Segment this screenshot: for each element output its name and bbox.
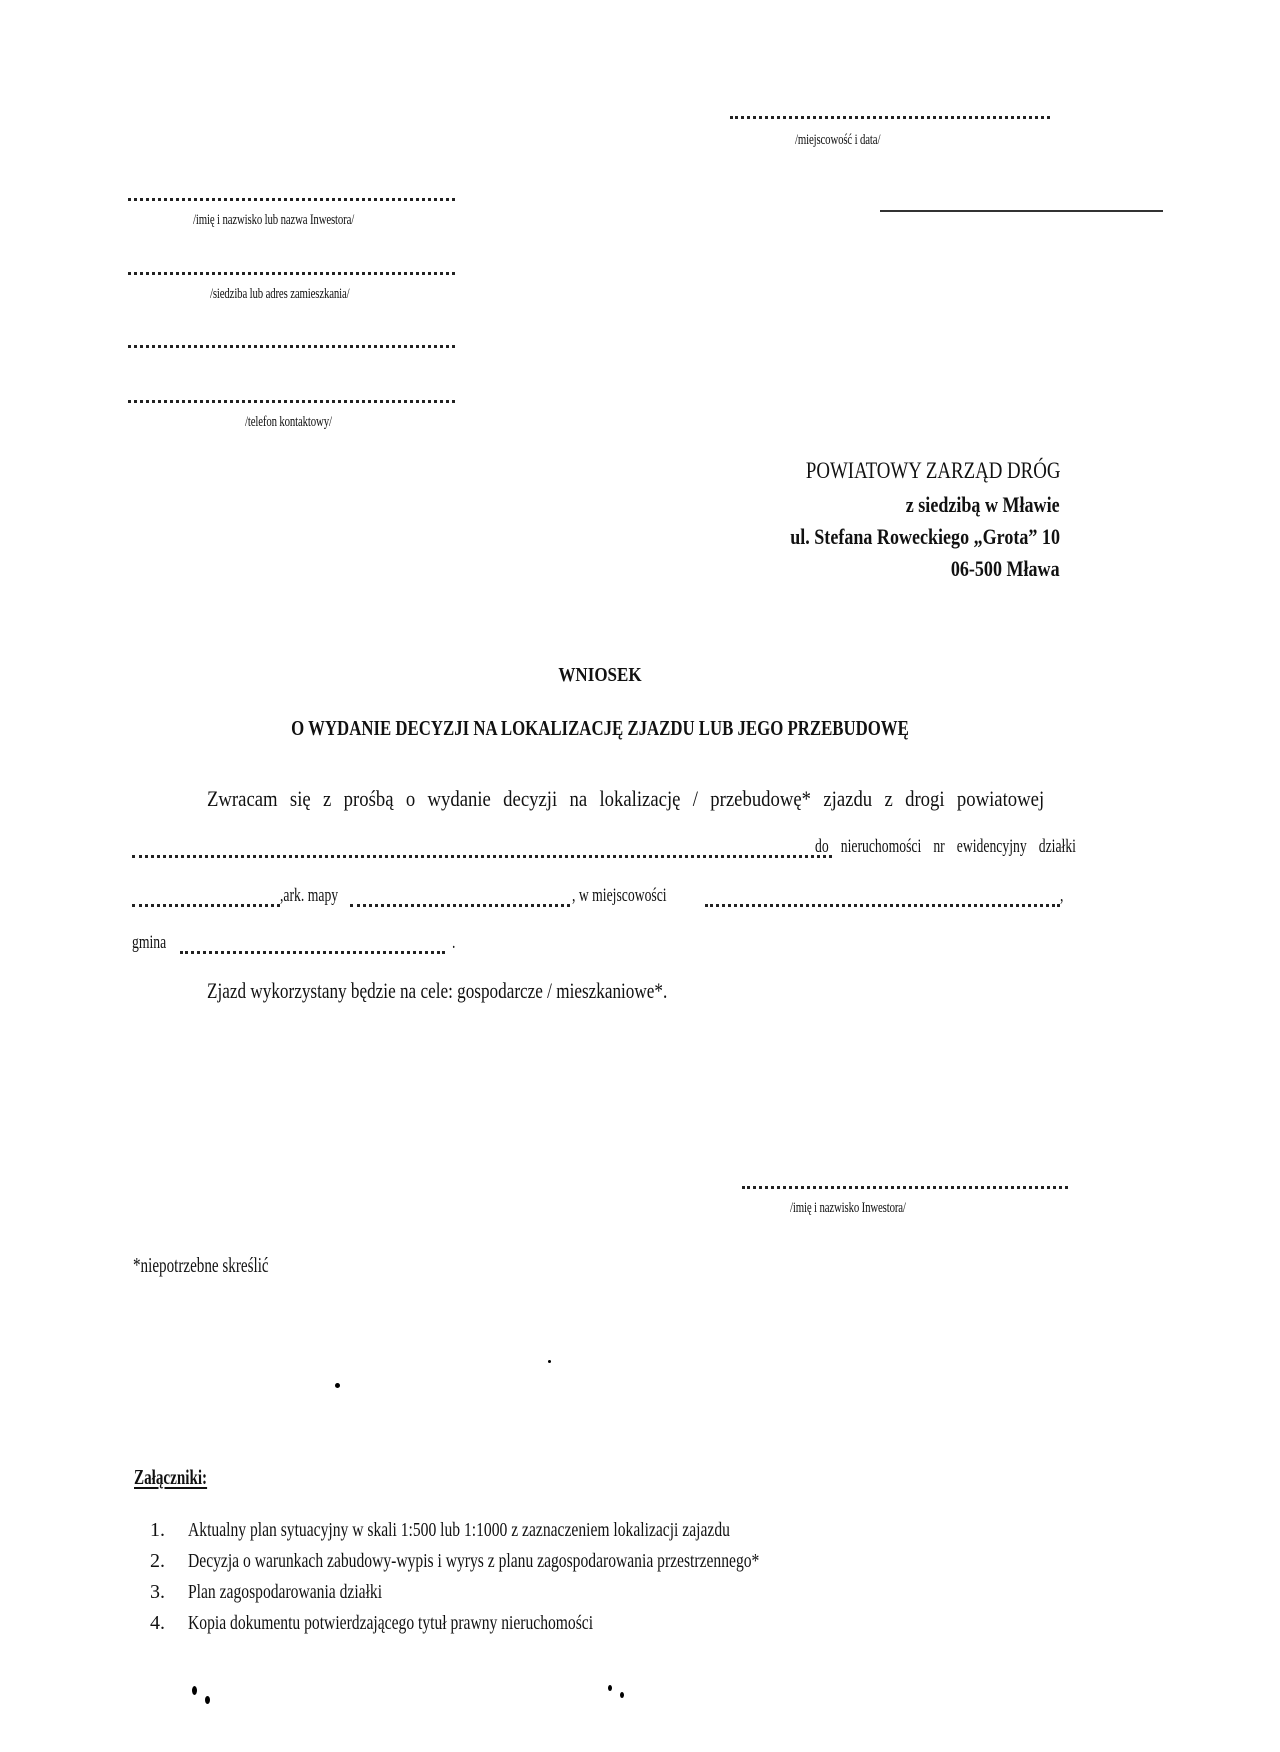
attachment-number: 3. (150, 1581, 188, 1604)
recipient-street: ul. Stefana Roweckiego „Grota” 10 (790, 524, 1060, 550)
attachment-text: Aktualny plan sytuacyjny w skali 1:500 l… (188, 1519, 730, 1542)
attachment-number: 1. (150, 1519, 188, 1542)
recipient-postcode: 06-500 Mława (951, 556, 1060, 582)
place-date-field[interactable] (730, 116, 1050, 119)
map-sheet-field[interactable] (350, 904, 570, 907)
attachment-number: 2. (150, 1550, 188, 1573)
scan-speck (335, 1383, 340, 1388)
recipient-seat: z siedzibą w Mławie (906, 492, 1060, 518)
attachment-number: 4. (150, 1612, 188, 1635)
footnote: *niepotrzebne skreślić (133, 1253, 269, 1278)
attachment-text: Kopia dokumentu potwierdzającego tytuł p… (188, 1612, 593, 1635)
locality-comma: , (1060, 885, 1063, 907)
place-date-label: /miejscowość i data/ (795, 132, 880, 149)
commune-period: . (452, 932, 455, 954)
applicant-phone-label: /telefon kontaktowy/ (245, 414, 332, 431)
reference-line (880, 210, 1163, 212)
attachment-text: Decyzja o warunkach zabudowy-wypis i wyr… (188, 1550, 759, 1573)
locality-field[interactable] (705, 904, 1060, 907)
attachment-item: 1.Aktualny plan sytuacyjny w skali 1:500… (150, 1519, 883, 1542)
applicant-name-label: /imię i nazwisko lub nazwa Inwestora/ (193, 212, 354, 229)
applicant-address-field-2[interactable] (128, 345, 455, 348)
attachment-item: 2.Decyzja o warunkach zabudowy-wypis i w… (150, 1550, 921, 1573)
scan-speck (192, 1686, 197, 1695)
scan-speck (608, 1685, 612, 1691)
road-name-field[interactable] (132, 855, 832, 858)
scan-speck (205, 1696, 210, 1704)
attachments-heading: Załączniki: (134, 1465, 207, 1490)
map-sheet-label: ,ark. mapy (280, 885, 338, 907)
parcel-number-field[interactable] (132, 904, 280, 907)
signature-field[interactable] (742, 1186, 1068, 1189)
scan-speck (548, 1360, 551, 1363)
commune-field[interactable] (180, 951, 445, 954)
document-title: WNIOSEK (90, 664, 1110, 687)
attachment-text: Plan zagospodarowania działki (188, 1581, 382, 1604)
attachment-item: 4.Kopia dokumentu potwierdzającego tytuł… (150, 1612, 707, 1635)
document-subtitle: O WYDANIE DECYZJI NA LOKALIZACJĘ ZJAZDU … (120, 716, 1080, 741)
applicant-name-field[interactable] (128, 198, 455, 201)
purpose-line: Zjazd wykorzystany będzie na cele: gospo… (207, 978, 667, 1004)
applicant-address-label: /siedziba lub adres zamieszkania/ (210, 286, 349, 303)
scan-speck (620, 1692, 624, 1698)
commune-label: gmina (132, 932, 166, 954)
request-line-1: Zwracam się z prośbą o wydanie decyzji n… (207, 786, 1044, 812)
recipient-name: POWIATOWY ZARZĄD DRÓG (805, 458, 1060, 484)
signature-label: /imię i nazwisko Inwestora/ (790, 1200, 906, 1217)
applicant-address-field[interactable] (128, 272, 455, 275)
attachment-item: 3.Plan zagospodarowania działki (150, 1581, 437, 1604)
locality-label: , w miejscowości (572, 885, 667, 907)
request-line-2-suffix: do nieruchomości nr ewidencyjny działki (815, 836, 1076, 858)
applicant-phone-field[interactable] (128, 400, 455, 403)
